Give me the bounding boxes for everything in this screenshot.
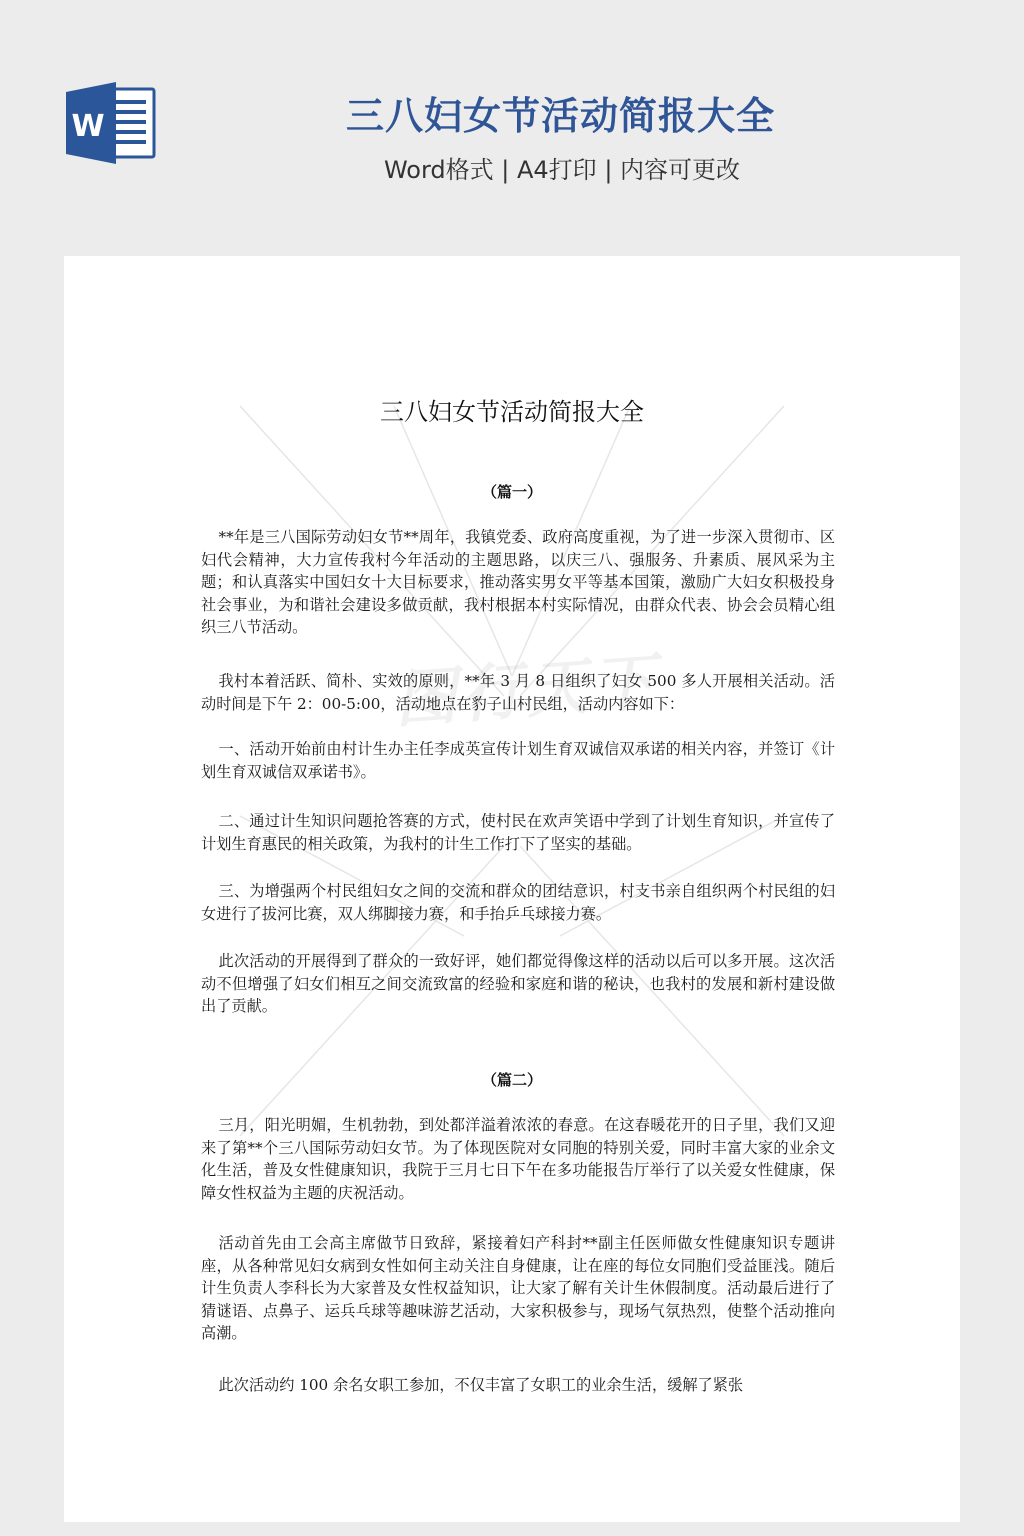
paragraph: 二、通过计生知识问题抢答赛的方式，使村民在欢声笑语中学到了计划生育知识，并宣传了… xyxy=(201,810,835,855)
paragraph: 活动首先由工会高主席做节日致辞，紧接着妇产科封**副主任医师做女性健康知识专题讲… xyxy=(201,1232,835,1345)
header-banner: W 三八妇女节活动简报大全 Word格式 | A4打印 | 内容可更改 xyxy=(0,0,1024,256)
paragraph: **年是三八国际劳动妇女节**周年，我镇党委、政府高度重视，为了进一步深入贯彻市… xyxy=(201,526,835,639)
paragraph: 此次活动的开展得到了群众的一致好评，她们都觉得像这样的活动以后可以多开展。这次活… xyxy=(201,950,835,1018)
banner-title: 三八妇女节活动简报大全 xyxy=(0,88,1024,144)
section-heading-1: （篇一） xyxy=(64,480,960,504)
paragraph: 我村本着活跃、简朴、实效的原则，**年 3 月 8 日组织了妇女 500 多人开… xyxy=(201,670,835,715)
paragraph: 一、活动开始前由村计生办主任李成英宣传计划生育双诚信双承诺的相关内容，并签订《计… xyxy=(201,738,835,783)
banner-subtitle: Word格式 | A4打印 | 内容可更改 xyxy=(0,150,1024,190)
document-page: 图行天下 三八妇女节活动简报大全 （篇一） **年是三八国际劳动妇女节**周年，… xyxy=(64,256,960,1522)
paragraph: 三月，阳光明媚，生机勃勃，到处都洋溢着浓浓的春意。在这春暖花开的日子里，我们又迎… xyxy=(201,1114,835,1204)
paragraph: 此次活动约 100 余名女职工参加，不仅丰富了女职工的业余生活，缓解了紧张 xyxy=(201,1374,835,1397)
section-heading-2: （篇二） xyxy=(64,1068,960,1092)
paragraph: 三、为增强两个村民组妇女之间的交流和群众的团结意识，村支书亲自组织两个村民组的妇… xyxy=(201,880,835,925)
document-title: 三八妇女节活动简报大全 xyxy=(64,392,960,432)
